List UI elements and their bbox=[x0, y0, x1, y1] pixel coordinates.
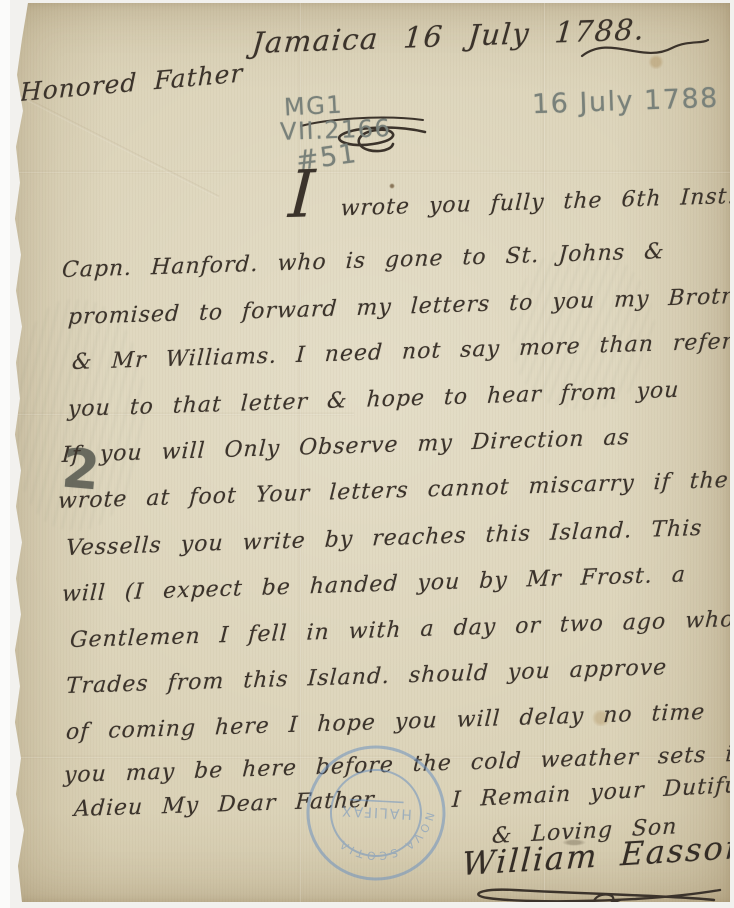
stamp-center-text: HALIFAX bbox=[340, 802, 413, 822]
pencil-date: 16 July 1788 bbox=[532, 83, 720, 121]
letter-line: you to that letter & hope to hear from y… bbox=[67, 378, 680, 422]
letter-line: of coming here I hope you will delay no … bbox=[65, 700, 706, 745]
fold-crease-diagonal bbox=[9, 89, 220, 198]
letter-line: promised to forward my letters to you my… bbox=[67, 284, 733, 330]
letter-line: wrote at foot Your letters cannot miscar… bbox=[57, 468, 729, 514]
letter-line: & Mr Williams. I need not say more than … bbox=[71, 329, 733, 375]
salutation: Honored Father bbox=[20, 58, 244, 107]
signature-flourish bbox=[470, 886, 726, 908]
letter-line: Capn. Hanford. who is gone to St. Johns … bbox=[61, 239, 665, 283]
letter-line: Trades from this Island. should you appr… bbox=[65, 655, 668, 699]
letter-line: will (I expect be handed you by Mr Frost… bbox=[61, 562, 686, 607]
letter-line: Gentlemen I fell in with a day or two ag… bbox=[69, 607, 734, 653]
archive-stamp: NOVA SCOTIA HALIFAX bbox=[297, 736, 454, 889]
letter-paper: Jamaica 16 July 1788. Honored Father MG1… bbox=[6, 3, 730, 902]
scan-background: Jamaica 16 July 1788. Honored Father MG1… bbox=[0, 0, 734, 908]
dateline: Jamaica 16 July 1788. bbox=[251, 12, 647, 60]
fold-crease-horizontal bbox=[6, 170, 730, 174]
letter-line: Vessells you write by reaches this Islan… bbox=[65, 516, 703, 561]
letter-line: I wrote you fully the 6th Inst. by a bbox=[287, 179, 734, 223]
closing-right-line1: I Remain your Dutifull bbox=[451, 772, 734, 813]
